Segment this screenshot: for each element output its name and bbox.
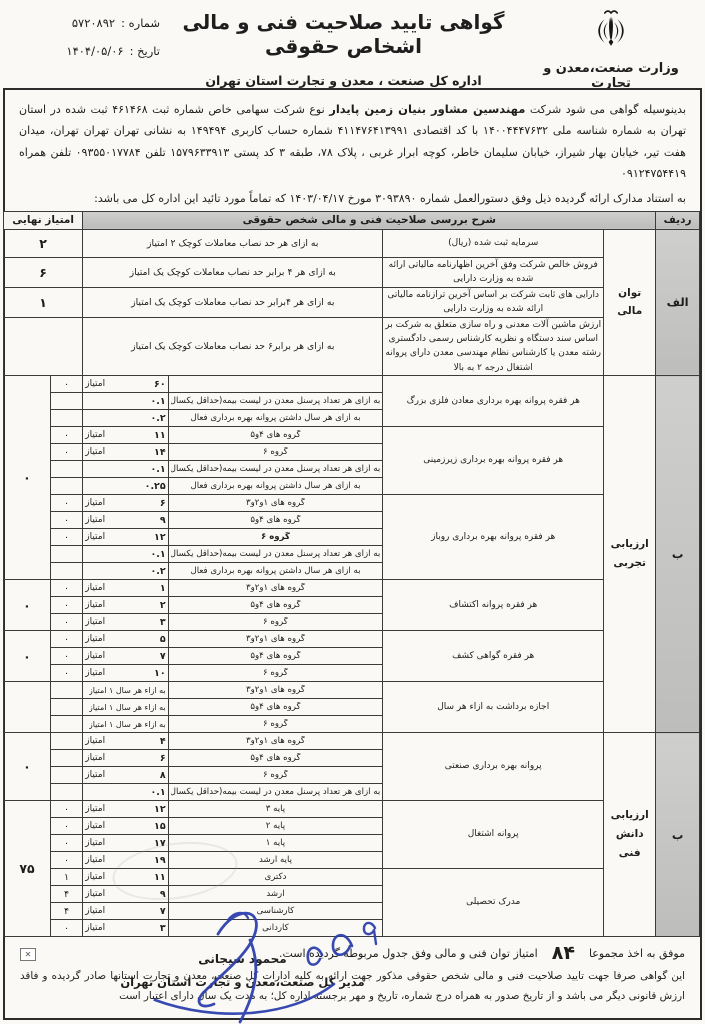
final-score: ۰ [4,580,51,631]
count-value: ۰ [50,631,82,648]
count-value: ۰ [50,648,82,665]
count-value [50,546,82,563]
points-value: ۷ [160,651,166,662]
points-unit: امتیاز [85,515,105,525]
criterion-text: گروه های ۴و۵ [171,651,381,661]
broken-image-icon: ✕ [20,948,36,961]
criterion: گروه های ۴و۵ [168,699,383,716]
points-value: ۸ [160,770,166,781]
points-value: ۰.۱ [150,464,165,475]
count-value [50,784,82,801]
criterion: گروه های ۱و۲و۳ [168,682,383,699]
criterion: به ازای هر تعداد پرسنل معدن در لیست بیمه… [168,546,383,563]
table-row: هر فقره پروانه بهره برداری زیرزمینی گروه… [4,427,700,444]
points-unit: امتیاز [85,617,105,627]
points-value: ۱ [160,583,166,594]
criterion-text: گروه های ۱و۲و۳ [171,583,381,593]
points-cell: ۱۲امتیاز [83,529,168,546]
section-letter: ب [656,376,700,733]
final-score: ۰ [4,376,51,580]
item-description: سرمایه ثبت شده (ریال) [383,229,604,257]
criterion-text: گروه ۶ [171,668,381,678]
points-unit: امتیاز [85,651,105,661]
criterion-text: گروه های ۴و۵ [171,430,381,440]
count-value [50,461,82,478]
points-value: ۱۲ [154,804,166,815]
points-unit: امتیاز [85,498,105,508]
final-score: ۱ [4,287,83,317]
count-value: ۰ [50,512,82,529]
points-value: ۶۰ [154,379,166,390]
points-unit: امتیاز [85,804,105,814]
table-row: پروانه اشتغال پایه ۳ ۱۲امتیاز ۰ ۷۵ [4,801,700,818]
count-value [50,750,82,767]
handwritten-signature-icon [100,900,440,1024]
issue-date-value: ۱۴۰۴/۰۵/۰۶ [66,44,123,58]
points-cell: به ازاء هر سال ۱ امتیاز [83,716,168,733]
table-row: اجازه برداشت به ازاء هر سال گروه های ۱و۲… [4,682,700,699]
count-value [50,410,82,427]
count-value [50,478,82,495]
criterion-text: گروه های ۱و۲و۳ [171,634,381,644]
points-cell: ۱۱امتیاز [83,427,168,444]
count-value: ۰ [50,852,82,869]
qualification-table: ردیف شرح بررسی صلاحیت فنی و مالی شخص حقو… [3,211,700,937]
points-cell: ۹امتیاز [83,512,168,529]
criterion: به ازای هر سال داشتن پروانه بهره برداری … [168,478,383,495]
points-unit: امتیاز [85,583,105,593]
license-category: هر فقره گواهی کشف [383,631,604,682]
points-cell: ۰.۱ [83,546,168,563]
final-score: ۰ [4,733,51,801]
serial-number-line: شماره : ۵۷۲۰۸۹۲ [10,16,160,30]
criterion: به ازای هر تعداد پرسنل معدن در لیست بیمه… [168,393,383,410]
section-letter: ب [656,733,700,937]
criterion-text: گروه های ۱و۲و۳ [171,736,381,746]
criterion [168,376,383,393]
points-unit: امتیاز [85,532,105,542]
points-unit: امتیاز [85,430,105,440]
points-cell: ۰.۱ [83,393,168,410]
license-category: اجازه برداشت به ازاء هر سال [383,682,604,733]
issue-date-label: تاریخ : [130,44,160,58]
criterion-text: گروه های ۴و۵ [171,600,381,610]
points-unit: امتیاز [85,838,105,848]
license-category: هر فقره پروانه بهره برداری روباز [383,495,604,580]
count-value: ۰ [50,376,82,393]
points-cell: ۱۴امتیاز [83,444,168,461]
points-cell: ۵امتیاز [83,631,168,648]
points-cell: ۰.۲۵ [83,478,168,495]
count-value: ۰ [50,614,82,631]
table-row: ب ارزیابی دانش فنی پروانه بهره برداری صن… [4,733,700,750]
section-label: ارزیابی دانش فنی [604,733,656,937]
points-cell: ۰.۱ [83,784,168,801]
count-value: ۰ [50,665,82,682]
intro-paragraph: بدینوسیله گواهی می شود شرکت مهندسین مشاو… [19,98,686,185]
final-score: ۲ [4,229,83,257]
total-score: ۸۴ [546,942,581,964]
points-value: به ازاء هر سال ۱ امتیاز [89,720,166,729]
criterion-text: گروه های ۱و۲و۳ [171,498,381,508]
header-final-score: امتیاز نهایی [4,211,83,229]
license-category: هر فقره پروانه بهره برداری معادن فلزی بز… [383,376,604,427]
basis-line: به استناد مدارک ارائه گردیده ذیل وفق دست… [19,192,686,205]
document-header: وزارت صنعت،معدن و تجارت گواهی تایید صلاح… [0,0,705,88]
criterion-text: گروه ۶ [171,447,381,457]
criterion-text: به ازای هر تعداد پرسنل معدن در لیست بیمه… [171,396,381,406]
certificate-body: بدینوسیله گواهی می شود شرکت مهندسین مشاو… [3,88,702,1020]
points-cell: ۰.۲ [83,563,168,580]
points-value: ۶ [160,753,166,764]
points-value: ۹ [160,515,166,526]
points-cell: به ازاء هر سال ۱ امتیاز [83,682,168,699]
points-cell: ۶۰امتیاز [83,376,168,393]
points-unit: امتیاز [85,447,105,457]
count-value: ۰ [50,835,82,852]
criterion: گروه های ۱و۲و۳ [168,580,383,597]
criterion-text: به ازای هر سال داشتن پروانه بهره برداری … [171,413,381,423]
iran-national-emblem-icon [586,41,636,60]
header-description: شرح بررسی صلاحیت فنی و مالی شخص حقوقی [83,211,656,229]
criterion: گروه های ۴و۵ [168,512,383,529]
criterion-text: گروه های ۱و۲و۳ [171,685,381,695]
points-cell: ۱۰امتیاز [83,665,168,682]
criterion: گروه ۶ [168,529,383,546]
criterion-text: گروه ۶ [171,532,381,542]
points-value: به ازاء هر سال ۱ امتیاز [89,703,166,712]
points-value: ۱۲ [154,532,166,543]
criterion-text: پایه ۳ [171,804,381,814]
points-cell: ۶امتیاز [83,750,168,767]
criterion: گروه های ۱و۲و۳ [168,733,383,750]
points-value: ۶ [160,498,166,509]
count-value: ۰ [50,495,82,512]
ministry-block: وزارت صنعت،معدن و تجارت [527,4,695,88]
issuing-office: اداره کل صنعت ، معدن و تجارت استان تهران [160,73,527,88]
section-label: ارزیابی تجربی [604,376,656,733]
license-category: هر فقره پروانه اکتشاف [383,580,604,631]
header-row-no: ردیف [656,211,700,229]
points-cell: ۴امتیاز [83,733,168,750]
summary-pre: موفق به اخذ مجموعا [589,947,685,960]
count-value: ۴ [50,903,82,920]
count-value: ۰ [50,920,82,937]
points-unit: امتیاز [85,770,105,780]
points-unit: امتیاز [85,736,105,746]
table-row: ارزش ماشین آلات معدنی و راه سازی متعلق ب… [4,317,700,376]
count-value: ۰ [50,529,82,546]
criterion-text: گروه ۶ [171,617,381,627]
points-value: ۰.۱ [150,787,165,798]
points-cell: به ازاء هر سال ۱ امتیاز [83,699,168,716]
company-name: مهندسین مشاور بنیان زمین پایدار [329,102,525,116]
points-unit: امتیاز [85,379,105,389]
table-row: الف توان مالی سرمایه ثبت شده (ریال) به ا… [4,229,700,257]
points-cell: ۷امتیاز [83,648,168,665]
criterion: گروه ۶ [168,716,383,733]
criterion-text: گروه ۶ [171,719,381,729]
points-value: ۰.۲ [150,566,165,577]
points-cell: ۱امتیاز [83,580,168,597]
criterion-text: گروه های ۴و۵ [171,702,381,712]
count-value: ۰ [50,444,82,461]
table-row: مدرک تحصیلی دکتری ۱۱امتیاز ۱ [4,869,700,886]
points-value: ۲ [160,600,166,611]
count-value: ۰ [50,597,82,614]
criterion-text: به ازای هر سال داشتن پروانه بهره برداری … [171,566,381,576]
criterion-text: به ازای هر تعداد پرسنل معدن در لیست بیمه… [171,787,381,797]
criterion: گروه های ۴و۵ [168,750,383,767]
count-value: ۴ [50,886,82,903]
table-row: هر فقره گواهی کشف گروه های ۱و۲و۳ ۵امتیاز… [4,631,700,648]
points-cell: ۸امتیاز [83,767,168,784]
points-unit: امتیاز [85,889,105,899]
count-value [50,699,82,716]
license-category: پروانه اشتغال [383,801,604,869]
criterion: پایه ۲ [168,818,383,835]
count-value [50,393,82,410]
points-cell: ۶امتیاز [83,495,168,512]
points-cell: ۱۵امتیاز [83,818,168,835]
license-category: هر فقره پروانه بهره برداری زیرزمینی [383,427,604,495]
criterion: به ازای هر سال داشتن پروانه بهره برداری … [168,410,383,427]
table-row: هر فقره پروانه اکتشاف گروه های ۱و۲و۳ ۱ام… [4,580,700,597]
scoring-rule: به ازای هر ۴برابر حد نصاب معاملات کوچک ی… [83,287,383,317]
table-row: هر فقره پروانه بهره برداری روباز گروه ها… [4,495,700,512]
points-cell: ۰.۱ [83,461,168,478]
points-unit: امتیاز [85,634,105,644]
points-cell: ۳امتیاز [83,614,168,631]
points-cell: ۱۲امتیاز [83,801,168,818]
points-unit: امتیاز [85,821,105,831]
criterion: به ازای هر سال داشتن پروانه بهره برداری … [168,563,383,580]
criterion-text: گروه ۶ [171,770,381,780]
points-unit: امتیاز [85,600,105,610]
criterion: گروه ۶ [168,767,383,784]
final-score: ۰ [4,631,51,682]
points-value: ۱۴ [154,447,166,458]
count-value [50,563,82,580]
points-value: ۰.۲ [150,413,165,424]
points-value: ۴ [160,736,166,747]
table-header-row: ردیف شرح بررسی صلاحیت فنی و مالی شخص حقو… [4,211,700,229]
points-value: ۰.۱ [150,549,165,560]
intro-pre: بدینوسیله گواهی می شود شرکت [530,103,686,116]
count-value: ۰ [50,580,82,597]
criterion-text: پایه ۲ [171,821,381,831]
points-value: به ازاء هر سال ۱ امتیاز [89,686,166,695]
criterion: گروه های ۴و۵ [168,597,383,614]
criterion: پایه ۳ [168,801,383,818]
points-unit: امتیاز [85,668,105,678]
criterion-text: گروه های ۴و۵ [171,515,381,525]
count-value [50,767,82,784]
document-title: گواهی تایید صلاحیت فنی و مالی اشخاص حقوق… [160,10,527,58]
points-value: ۱۱ [154,430,166,441]
criterion-text: به ازای هر سال داشتن پروانه بهره برداری … [171,481,381,491]
criterion: گروه های ۴و۵ [168,427,383,444]
section-label: توان مالی [604,229,656,375]
serial-number-value: ۵۷۲۰۸۹۲ [72,16,115,30]
scoring-rule: به ازای هر ۴ برابر حد نصاب معاملات کوچک … [83,257,383,287]
section-letter: الف [656,229,700,375]
scoring-rule: به ازای هر حد نصاب معاملات کوچک ۲ امتیاز [83,229,383,257]
points-unit: امتیاز [85,855,105,865]
count-value [50,682,82,699]
final-score: ۶ [4,257,83,287]
count-value: ۰ [50,427,82,444]
ministry-name: وزارت صنعت،معدن و تجارت [527,61,695,91]
item-description: فروش خالص شرکت وفق آخرین اظهارنامه مالیا… [383,257,604,287]
count-value: ۰ [50,801,82,818]
count-value [50,716,82,733]
points-cell: ۰.۲ [83,410,168,427]
points-value: ۳ [160,617,166,628]
points-value: ۱۵ [154,821,166,832]
criterion: گروه ۶ [168,444,383,461]
count-value: ۱ [50,869,82,886]
table-row: ب ارزیابی تجربی هر فقره پروانه بهره بردا… [4,376,700,393]
points-value: ۱۰ [154,668,166,679]
points-value: ۰.۱ [150,396,165,407]
criterion-text: گروه های ۴و۵ [171,753,381,763]
scoring-rule: به ازای هر برابر۶ حد نصاب معاملات کوچک ی… [83,317,383,376]
criterion: گروه های ۴و۵ [168,648,383,665]
number-date-block: شماره : ۵۷۲۰۸۹۲ تاریخ : ۱۴۰۴/۰۵/۰۶ [10,4,160,88]
criterion-text: به ازای هر تعداد پرسنل معدن در لیست بیمه… [171,464,381,474]
points-value: ۰.۲۵ [145,481,166,492]
criterion: گروه ۶ [168,614,383,631]
criterion: گروه های ۱و۲و۳ [168,495,383,512]
item-description: ارزش ماشین آلات معدنی و راه سازی متعلق ب… [383,317,604,376]
criterion-text: به ازای هر تعداد پرسنل معدن در لیست بیمه… [171,549,381,559]
points-value: ۵ [160,634,166,645]
final-score [4,682,51,733]
points-cell: ۲امتیاز [83,597,168,614]
certificate-page: وزارت صنعت،معدن و تجارت گواهی تایید صلاح… [0,0,705,1024]
count-value: ۰ [50,818,82,835]
table-row: فروش خالص شرکت وفق آخرین اظهارنامه مالیا… [4,257,700,287]
title-block: گواهی تایید صلاحیت فنی و مالی اشخاص حقوق… [160,4,527,88]
final-score [4,317,83,376]
serial-number-label: شماره : [121,16,160,30]
criterion: گروه های ۱و۲و۳ [168,631,383,648]
points-unit: امتیاز [85,753,105,763]
criterion: به ازای هر تعداد پرسنل معدن در لیست بیمه… [168,461,383,478]
criterion: گروه ۶ [168,665,383,682]
count-value [50,733,82,750]
table-row: دارایی های ثابت شرکت بر اساس آخرین ترازن… [4,287,700,317]
license-category: پروانه بهره برداری صنعتی [383,733,604,801]
item-description: دارایی های ثابت شرکت بر اساس آخرین ترازن… [383,287,604,317]
criterion: به ازای هر تعداد پرسنل معدن در لیست بیمه… [168,784,383,801]
points-unit: امتیاز [85,872,105,882]
final-score: ۷۵ [4,801,51,937]
issue-date-line: تاریخ : ۱۴۰۴/۰۵/۰۶ [10,44,160,58]
